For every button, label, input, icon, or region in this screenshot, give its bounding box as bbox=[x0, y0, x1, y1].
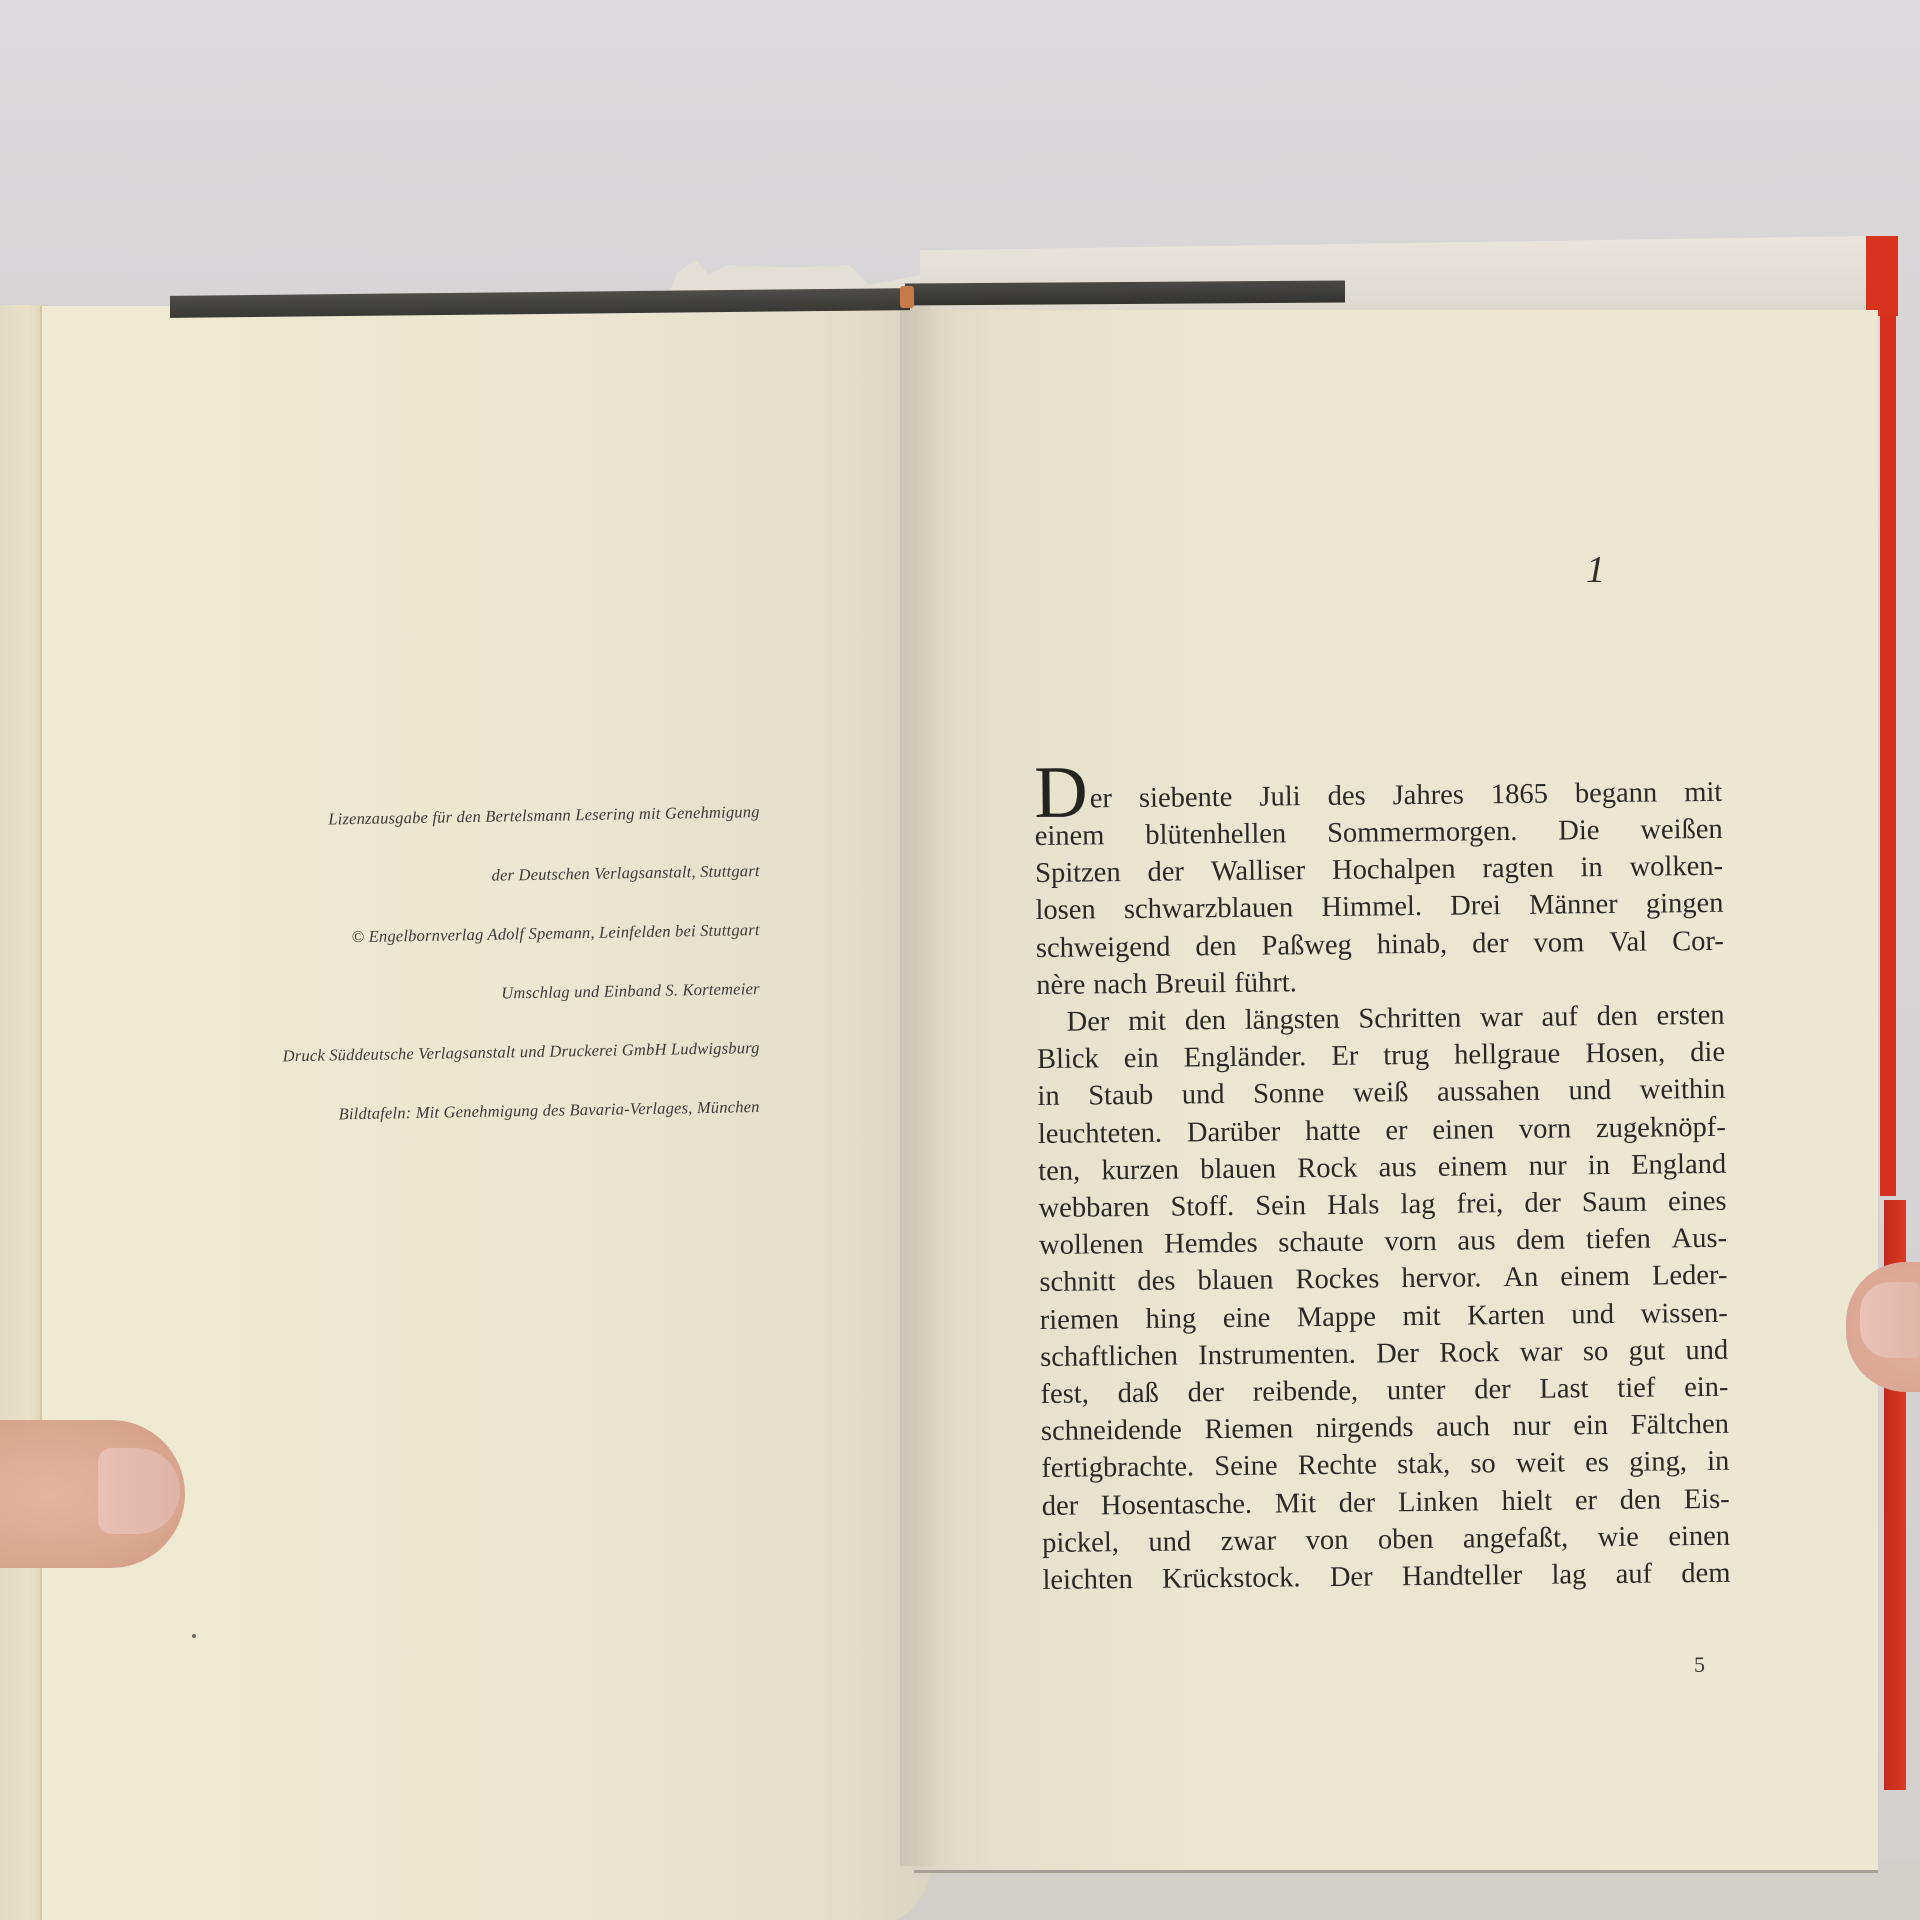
drop-cap: D bbox=[1034, 767, 1088, 818]
word: Hals bbox=[1327, 1186, 1380, 1224]
imprint-line: Lizenzausgabe für den Bertelsmann Leseri… bbox=[220, 802, 761, 870]
word: ersten bbox=[1656, 997, 1724, 1035]
word: daß bbox=[1117, 1375, 1159, 1413]
word: Sonne bbox=[1253, 1075, 1325, 1113]
chapter-number: 1 bbox=[1586, 548, 1605, 592]
word: der bbox=[1187, 1374, 1224, 1412]
word: Leder- bbox=[1652, 1257, 1728, 1295]
word: wolken- bbox=[1629, 848, 1723, 886]
word: Rock bbox=[1297, 1149, 1358, 1187]
word: vom bbox=[1533, 924, 1584, 962]
word: zugeknöpf- bbox=[1596, 1108, 1726, 1147]
word: Riemen bbox=[1204, 1411, 1293, 1449]
word: in bbox=[1037, 1078, 1060, 1115]
word: eine bbox=[1223, 1299, 1271, 1337]
word: fertigbrachte. bbox=[1041, 1449, 1194, 1488]
word: und bbox=[1685, 1332, 1728, 1370]
word: in bbox=[1588, 1147, 1611, 1184]
word: 1865 bbox=[1491, 775, 1548, 813]
word: reibende, bbox=[1253, 1373, 1359, 1411]
word: Fältchen bbox=[1631, 1406, 1730, 1444]
word: Hosentasche. bbox=[1101, 1485, 1253, 1524]
word: mit bbox=[1128, 1003, 1166, 1041]
word: so bbox=[1583, 1333, 1609, 1370]
word: einem bbox=[1560, 1258, 1630, 1296]
word: Breuil bbox=[1155, 965, 1227, 1003]
word: Staub bbox=[1088, 1077, 1153, 1115]
word: zwar bbox=[1221, 1522, 1277, 1560]
word: Saum bbox=[1582, 1184, 1647, 1222]
word: weithin bbox=[1640, 1071, 1726, 1109]
word: Hosen, bbox=[1585, 1035, 1665, 1073]
imprint-line: © Engelbornverlag Adolf Spemann, Leinfel… bbox=[220, 920, 761, 988]
red-cover-side bbox=[1880, 316, 1896, 1196]
word: und bbox=[1571, 1296, 1614, 1334]
word: Darüber bbox=[1187, 1113, 1281, 1151]
word: hinab, bbox=[1377, 925, 1448, 963]
imprint-line: Druck Süddeutsche Verlagsanstalt und Dru… bbox=[220, 1038, 761, 1106]
word: hatte bbox=[1305, 1112, 1361, 1150]
word: losen bbox=[1035, 892, 1096, 930]
page-number: 5 bbox=[1694, 1652, 1705, 1678]
word: Rock bbox=[1439, 1334, 1500, 1372]
word: Engländer. bbox=[1183, 1038, 1306, 1076]
word: Walliser bbox=[1211, 852, 1306, 890]
left-thumbnail bbox=[98, 1448, 180, 1534]
word: der bbox=[1524, 1185, 1561, 1223]
word: mit bbox=[1684, 774, 1722, 812]
word: vorn bbox=[1519, 1110, 1572, 1148]
word: nur bbox=[1512, 1408, 1550, 1446]
word: Blick bbox=[1037, 1041, 1099, 1079]
word: lag bbox=[1400, 1186, 1435, 1224]
word: hing bbox=[1145, 1300, 1196, 1338]
word: Krückstock. bbox=[1162, 1559, 1301, 1598]
word: in bbox=[1707, 1443, 1730, 1480]
word: die bbox=[1690, 1034, 1725, 1072]
word: es bbox=[1585, 1444, 1609, 1481]
word: siebente bbox=[1139, 779, 1233, 817]
word: Aus- bbox=[1671, 1220, 1727, 1258]
word: er bbox=[1385, 1112, 1408, 1149]
word: tiefen bbox=[1586, 1221, 1651, 1259]
word: mit bbox=[1402, 1297, 1440, 1335]
word: aus bbox=[1457, 1222, 1495, 1260]
word: schneidende bbox=[1041, 1412, 1182, 1451]
word: Instrumenten. bbox=[1198, 1336, 1356, 1375]
word: den bbox=[1620, 1481, 1662, 1519]
imprint-line: Umschlag und Einband S. Kortemeier bbox=[220, 979, 761, 1047]
word: längsten bbox=[1245, 1001, 1340, 1039]
first-line: D er siebente Juli des Jahres 1865 began… bbox=[1034, 759, 1723, 818]
word: des bbox=[1327, 777, 1365, 815]
word: der bbox=[1042, 1487, 1079, 1525]
word: Männer bbox=[1529, 886, 1618, 924]
word: auf bbox=[1615, 1556, 1652, 1594]
word: riemen bbox=[1040, 1301, 1120, 1339]
word: Mit bbox=[1275, 1485, 1317, 1523]
word: vorn bbox=[1384, 1223, 1437, 1261]
word: wie bbox=[1597, 1519, 1639, 1557]
body-lines: einemblütenhellenSommermorgen.DieweißenS… bbox=[1035, 811, 1731, 1599]
word: Hemdes bbox=[1164, 1225, 1258, 1263]
word: oben bbox=[1378, 1521, 1434, 1559]
word: blauen bbox=[1200, 1150, 1276, 1188]
word: auch bbox=[1436, 1409, 1490, 1447]
word: auf bbox=[1541, 998, 1578, 1036]
spine-right-segment bbox=[905, 280, 1345, 305]
word: dem bbox=[1681, 1555, 1730, 1593]
word: leichten bbox=[1042, 1561, 1133, 1599]
word: einen bbox=[1432, 1111, 1494, 1149]
word: ragten bbox=[1482, 850, 1554, 888]
word: hervor. bbox=[1401, 1260, 1481, 1298]
word: Last bbox=[1539, 1370, 1588, 1408]
word: ein bbox=[1573, 1407, 1608, 1445]
word: er bbox=[1090, 780, 1113, 817]
word: Der bbox=[1330, 1559, 1373, 1597]
word: Rockes bbox=[1295, 1261, 1379, 1299]
word: Spitzen bbox=[1035, 854, 1121, 892]
word: begann bbox=[1575, 774, 1658, 812]
word: schweigend bbox=[1036, 928, 1171, 967]
word: stak, bbox=[1397, 1446, 1450, 1484]
word: der bbox=[1474, 1371, 1511, 1409]
word: den bbox=[1185, 1002, 1227, 1040]
gutter-shadow bbox=[900, 306, 940, 1866]
text-line: leichtenKrückstock.DerHandtellerlagaufde… bbox=[1042, 1555, 1730, 1599]
chapter-body-text: D er siebente Juli des Jahres 1865 began… bbox=[1034, 759, 1731, 1599]
word: Der bbox=[1376, 1335, 1419, 1373]
right-fingernail bbox=[1860, 1282, 1920, 1358]
word: Mappe bbox=[1297, 1298, 1377, 1336]
word: Paßweg bbox=[1261, 926, 1352, 964]
word: Himmel. bbox=[1321, 888, 1422, 926]
word: Er bbox=[1331, 1038, 1358, 1075]
word: nère bbox=[1036, 966, 1085, 1004]
word: blauen bbox=[1197, 1262, 1273, 1300]
text-line: schweigenddenPaßweghinab,dervomValCor- bbox=[1036, 922, 1724, 966]
word: war bbox=[1520, 1333, 1563, 1371]
word: er bbox=[1575, 1482, 1598, 1519]
paper-speck bbox=[192, 1634, 196, 1638]
word: den bbox=[1596, 998, 1638, 1036]
word: England bbox=[1631, 1146, 1726, 1184]
word: weit bbox=[1516, 1445, 1565, 1483]
word: ein- bbox=[1684, 1369, 1729, 1407]
word: weißen bbox=[1640, 811, 1723, 849]
word: und bbox=[1182, 1076, 1225, 1114]
word: Drei bbox=[1450, 888, 1501, 926]
word: schnitt bbox=[1039, 1264, 1115, 1302]
word: schaute bbox=[1278, 1224, 1364, 1262]
word: Eis- bbox=[1684, 1480, 1730, 1518]
word: Sein bbox=[1255, 1187, 1306, 1225]
word: aus bbox=[1378, 1149, 1416, 1187]
word: einem bbox=[1035, 817, 1105, 855]
text-line: BlickeinEngländer.ErtrughellgraueHosen,d… bbox=[1037, 1034, 1725, 1078]
imprint-line: Bildtafeln: Mit Genehmigung des Bavaria-… bbox=[220, 1097, 761, 1165]
text-line: leuchteten.Darüberhatteereinenvornzugekn… bbox=[1038, 1108, 1726, 1152]
word: war bbox=[1480, 999, 1523, 1037]
word: so bbox=[1470, 1446, 1496, 1483]
word: angefaßt, bbox=[1463, 1519, 1569, 1557]
word: Sommermorgen. bbox=[1327, 813, 1518, 852]
word: der bbox=[1472, 925, 1509, 963]
word: Handteller bbox=[1402, 1557, 1523, 1595]
word: webbaren bbox=[1038, 1189, 1149, 1227]
word: hielt bbox=[1501, 1482, 1552, 1520]
word: gingen bbox=[1646, 885, 1724, 923]
word: trug bbox=[1383, 1037, 1429, 1075]
word: dem bbox=[1516, 1222, 1565, 1260]
word: Cor- bbox=[1672, 922, 1724, 960]
word: tief bbox=[1617, 1370, 1655, 1408]
word: hellgraue bbox=[1454, 1036, 1560, 1074]
word: Stoff. bbox=[1170, 1188, 1234, 1226]
text-line: fest,daßderreibende,unterderLasttiefein- bbox=[1040, 1369, 1728, 1413]
word: einem bbox=[1438, 1148, 1508, 1186]
word: unter bbox=[1387, 1372, 1446, 1410]
word: blütenhellen bbox=[1145, 815, 1286, 854]
word: des bbox=[1137, 1263, 1175, 1301]
word: Linken bbox=[1398, 1483, 1479, 1521]
word: Der bbox=[1066, 1003, 1109, 1041]
word: Schritten bbox=[1358, 1000, 1461, 1038]
word: schaftlichen bbox=[1040, 1337, 1178, 1376]
word: aussahen bbox=[1437, 1073, 1540, 1111]
word: nach bbox=[1093, 966, 1147, 1004]
word: Die bbox=[1558, 812, 1600, 850]
word: ging, bbox=[1629, 1444, 1687, 1482]
word: von bbox=[1305, 1522, 1348, 1560]
book-photo-scene: Lizenzausgabe für den Bertelsmann Leseri… bbox=[0, 0, 1920, 1920]
imprint-line: der Deutschen Verlagsanstalt, Stuttgart bbox=[220, 861, 761, 929]
word: führt. bbox=[1234, 964, 1297, 1002]
word: ten, bbox=[1038, 1152, 1080, 1190]
word: Hochalpen bbox=[1332, 851, 1456, 889]
word: kurzen bbox=[1101, 1151, 1179, 1189]
word: wissen- bbox=[1640, 1294, 1727, 1332]
word: den bbox=[1195, 927, 1237, 965]
word: Rechte bbox=[1298, 1447, 1378, 1485]
word: und bbox=[1148, 1523, 1191, 1561]
word: eines bbox=[1668, 1183, 1727, 1221]
word: nur bbox=[1528, 1147, 1566, 1185]
word: der bbox=[1339, 1484, 1376, 1522]
word: wollenen bbox=[1039, 1226, 1144, 1264]
word: nirgends bbox=[1316, 1409, 1414, 1447]
word: der bbox=[1147, 854, 1184, 892]
word: Seine bbox=[1214, 1448, 1278, 1486]
word: und bbox=[1568, 1072, 1611, 1110]
word: gut bbox=[1628, 1332, 1665, 1370]
word: Jahres bbox=[1392, 776, 1464, 814]
word: ein bbox=[1124, 1040, 1159, 1078]
imprint-block: Lizenzausgabe für den Bertelsmann Leseri… bbox=[220, 802, 760, 1156]
word: lag bbox=[1551, 1556, 1586, 1594]
word: frei, bbox=[1456, 1185, 1503, 1223]
spine-tear bbox=[900, 286, 914, 308]
word: pickel, bbox=[1042, 1524, 1119, 1562]
word: Karten bbox=[1467, 1296, 1545, 1334]
word: einen bbox=[1668, 1518, 1730, 1556]
word: leuchteten. bbox=[1038, 1114, 1163, 1153]
word: Juli bbox=[1259, 778, 1301, 816]
first-line-words: er siebente Juli des Jahres 1865 begann … bbox=[1090, 774, 1723, 818]
word: weiß bbox=[1353, 1075, 1409, 1113]
word: fest, bbox=[1040, 1376, 1089, 1414]
red-cover-top-corner bbox=[1866, 236, 1898, 316]
word: in bbox=[1580, 849, 1603, 886]
word: schwarzblauen bbox=[1124, 890, 1294, 929]
word: Val bbox=[1609, 923, 1647, 961]
word: An bbox=[1503, 1259, 1538, 1297]
text-line: schnittdesblauenRockeshervor.AneinemLede… bbox=[1039, 1257, 1727, 1301]
